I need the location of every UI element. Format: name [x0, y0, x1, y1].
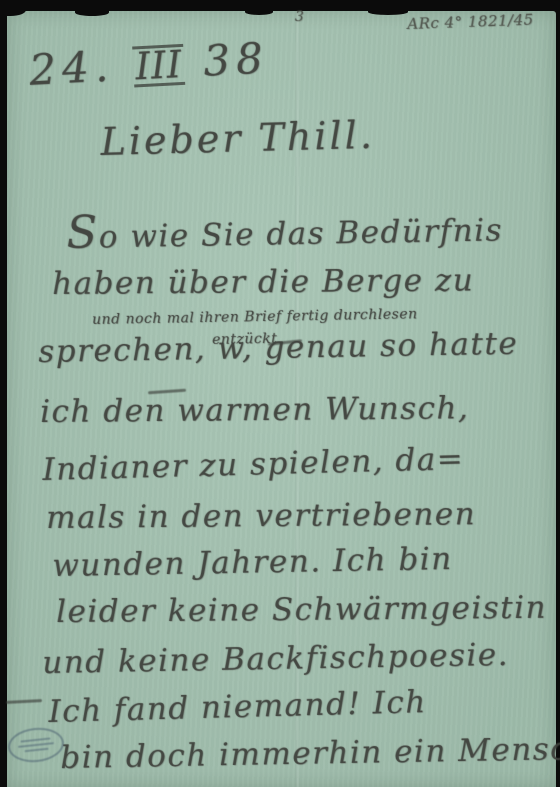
scan-edge-artifact	[75, 9, 109, 16]
scan-edge-artifact	[368, 9, 408, 15]
page-number: 3	[295, 9, 305, 25]
letter-line: haben über die Berge zu	[52, 262, 474, 302]
date-day: 24.	[28, 42, 115, 95]
letter-line: ich den warmen Wunsch,	[40, 390, 469, 430]
scanned-letter-page: 3 ARc 4° 1821/45 24. III 38 Lieber Thill…	[0, 0, 560, 787]
letter-line: leider keine Schwärmgeistin	[56, 590, 547, 630]
date-month-roman: III	[132, 44, 185, 88]
date-year: 38	[202, 33, 270, 85]
letter-line: wunden Jahren. Ich bin	[52, 541, 453, 584]
letter-line: So wie Sie das Bedürfnis	[66, 198, 503, 259]
salutation: Lieber Thill.	[100, 113, 375, 164]
scan-edge-artifact	[245, 9, 273, 15]
interlinear-insertion: entzückt	[212, 331, 278, 348]
letter-line: mals in den vertriebenen	[46, 496, 476, 536]
